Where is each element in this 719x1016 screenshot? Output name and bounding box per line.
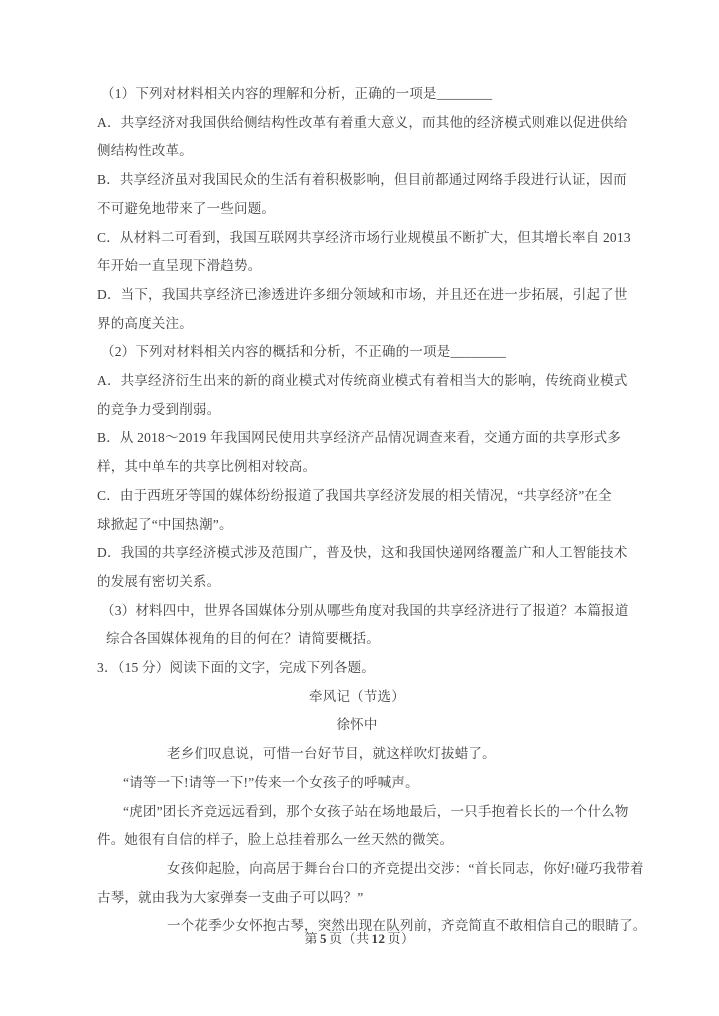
footer-prefix: 第 [304, 931, 318, 946]
text-line: 徐怀中 [97, 711, 617, 740]
text-line: 的竞争力受到削弱。 [97, 396, 617, 425]
text-line: D．我国的共享经济模式涉及范围广，普及快，这和我国快递网络覆盖广和人工智能技术 [97, 539, 617, 568]
text-line: D．当下，我国共享经济已渗透进许多细分领域和市场，并且还在进一步拓展，引起了世 [97, 281, 617, 310]
text-line: 古琴，就由我为大家弹奏一支曲子可以吗？” [97, 884, 617, 913]
text-line: 3．（15 分）阅读下面的文字，完成下列各题。 [97, 654, 617, 683]
document-lines: （1）下列对材料相关内容的理解和分析，正确的一项是________A．共享经济对… [97, 80, 617, 941]
text-line: 不可避免地带来了一些问题。 [97, 195, 617, 224]
text-line: 界的高度关注。 [97, 310, 617, 339]
text-line: “虎团”团长齐竞远远看到，那个女孩子站在场地最后，一只手抱着长长的一个什么物 [97, 798, 617, 827]
text-line: （1）下列对材料相关内容的理解和分析，正确的一项是________ [97, 80, 617, 109]
text-line: 牵风记（节选） [97, 683, 617, 712]
footer-suffix: 页） [388, 931, 415, 946]
page-number: 5 [320, 931, 327, 946]
text-line: （2）下列对材料相关内容的概括和分析，不正确的一项是________ [97, 338, 617, 367]
total-pages: 12 [372, 931, 386, 946]
text-line: B．从 2018～2019 年我国网民使用共享经济产品情况调查来看，交通方面的共… [97, 424, 617, 453]
text-line: 综合各国媒体视角的目的何在？请简要概括。 [97, 625, 617, 654]
text-line: （3）材料四中，世界各国媒体分别从哪些角度对我国的共享经济进行了报道？本篇报道 [97, 597, 617, 626]
text-line: 球掀起了“中国热潮”。 [97, 511, 617, 540]
text-line: 侧结构性改革。 [97, 137, 617, 166]
text-line: A．共享经济衍生出来的新的商业模式对传统商业模式有着相当大的影响，传统商业模式 [97, 367, 617, 396]
text-line: 的发展有密切关系。 [97, 568, 617, 597]
text-line: B．共享经济虽对我国民众的生活有着积极影响，但目前都通过网络手段进行认证，因而 [97, 166, 617, 195]
text-line: “请等一下!请等一下!”传来一个女孩子的呼喊声。 [97, 769, 617, 798]
text-line: 女孩仰起脸，向高居于舞台台口的齐竞提出交涉：“首长同志，你好!碰巧我带着 [97, 855, 617, 884]
text-line: A．共享经济对我国供给侧结构性改革有着重大意义，而其他的经济模式则难以促进供给 [97, 109, 617, 138]
text-line: C．从材料二可看到，我国互联网共享经济市场行业规模虽不断扩大，但其增长率自 20… [97, 224, 617, 253]
page-footer: 第5页（共12页） [0, 928, 719, 947]
text-line: C．由于西班牙等国的媒体纷纷报道了我国共享经济发展的相关情况，“共享经济”在全 [97, 482, 617, 511]
document-page: （1）下列对材料相关内容的理解和分析，正确的一项是________A．共享经济对… [0, 0, 719, 1016]
text-line: 件。她很有自信的样子，脸上总挂着那么一丝天然的微笑。 [97, 826, 617, 855]
footer-middle: 页（共 [329, 931, 370, 946]
text-line: 年开始一直呈现下滑趋势。 [97, 252, 617, 281]
text-line: 样，其中单车的共享比例相对较高。 [97, 453, 617, 482]
text-line: 老乡们叹息说，可惜一台好节目，就这样吹灯拔蜡了。 [97, 740, 617, 769]
